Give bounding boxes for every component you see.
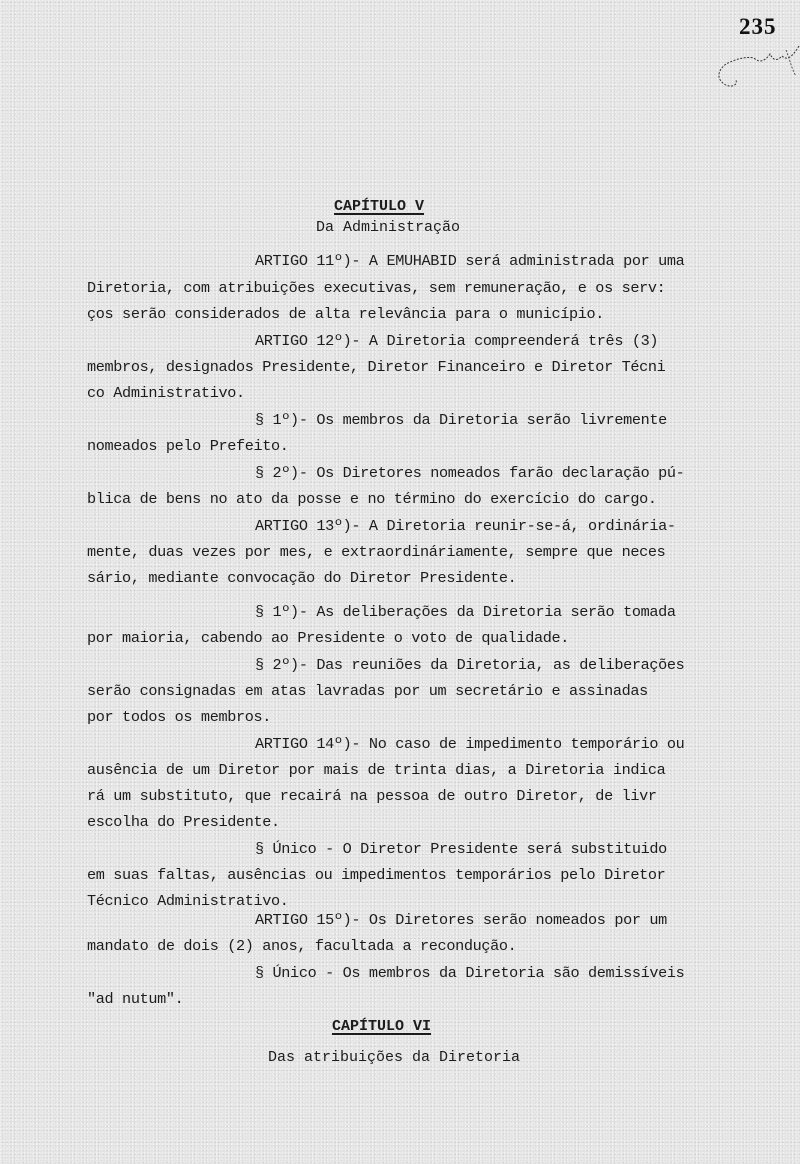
document-text-line: § Único - O Diretor Presidente será subs… <box>255 840 667 858</box>
document-text-line: ARTIGO 14º)- No caso de impedimento temp… <box>255 735 684 753</box>
document-text-line: mandato de dois (2) anos, facultada a re… <box>87 937 516 955</box>
document-text-line: "ad nutum". <box>87 990 183 1008</box>
document-text-line: ARTIGO 12º)- A Diretoria compreenderá tr… <box>255 332 658 350</box>
document-text-line: sário, mediante convocação do Diretor Pr… <box>87 569 516 587</box>
chapter-vi-title: CAPÍTULO VI <box>332 1018 431 1036</box>
document-text-line: serão consignadas em atas lavradas por u… <box>87 682 648 700</box>
document-text-line: Técnico Administrativo. <box>87 892 289 910</box>
document-text-line: § 1º)- As deliberações da Diretoria serã… <box>255 603 676 621</box>
document-text-line: nomeados pelo Prefeito. <box>87 437 289 455</box>
document-text-line: § Único - Os membros da Diretoria são de… <box>255 964 684 982</box>
chapter-v-title: CAPÍTULO V <box>334 198 424 216</box>
document-text-line: § 1º)- Os membros da Diretoria serão liv… <box>255 411 667 429</box>
document-text-line: § 2º)- Os Diretores nomeados farão decla… <box>255 464 684 482</box>
document-text-line: ços serão considerados de alta relevânci… <box>87 305 604 323</box>
chapter-vi-subtitle: Das atribuições da Diretoria <box>268 1049 520 1067</box>
document-text-line: ARTIGO 13º)- A Diretoria reunir-se-á, or… <box>255 517 676 535</box>
document-text-line: blica de bens no ato da posse e no térmi… <box>87 490 657 508</box>
document-text-line: rá um substituto, que recairá na pessoa … <box>87 787 657 805</box>
handwritten-initials-icon <box>714 40 800 88</box>
document-text-line: Diretoria, com atribuições executivas, s… <box>87 279 665 297</box>
document-text-line: ARTIGO 15º)- Os Diretores serão nomeados… <box>255 911 667 929</box>
document-text-line: ausência de um Diretor por mais de trint… <box>87 761 665 779</box>
page-number: 235 <box>739 14 777 40</box>
document-text-line: escolha do Presidente. <box>87 813 280 831</box>
document-text-line: co Administrativo. <box>87 384 245 402</box>
document-text-line: por todos os membros. <box>87 708 271 726</box>
document-text-line: § 2º)- Das reuniões da Diretoria, as del… <box>255 656 684 674</box>
document-text-line: mente, duas vezes por mes, e extraordiná… <box>87 543 665 561</box>
chapter-v-subtitle: Da Administração <box>316 219 460 237</box>
document-text-line: em suas faltas, ausências ou impedimento… <box>87 866 665 884</box>
document-text-line: por maioria, cabendo ao Presidente o vot… <box>87 629 569 647</box>
document-text-line: ARTIGO 11º)- A EMUHABID será administrad… <box>255 252 684 270</box>
document-text-line: membros, designados Presidente, Diretor … <box>87 358 665 376</box>
